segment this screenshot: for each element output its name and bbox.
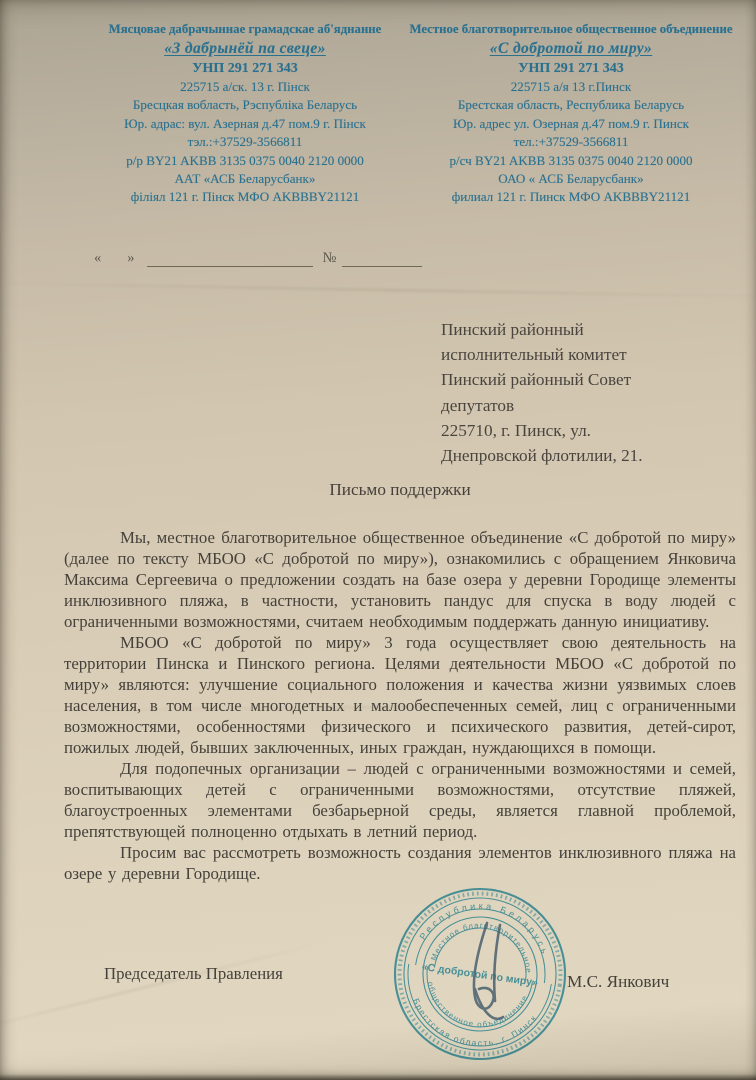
addressee-line: депутатов (441, 393, 731, 418)
addressee-line: Днепровской флотилии, 21. (441, 443, 731, 468)
org-address-right: 225715 а/я 13 г.Пинск Брестская область,… (396, 78, 746, 207)
address-line: Юр. адрас: вул. Азерная д.47 пом.9 г. Пі… (78, 115, 412, 133)
address-line: 225715 а/ск. 13 г. Пінск (78, 78, 412, 96)
address-line: ОАО « АСБ Беларусбанк» (396, 170, 746, 188)
addressee-line: исполнительный комитет (441, 342, 731, 367)
address-line: Бресцкая вобласть, Рэспубліка Беларусь (78, 96, 412, 114)
org-name-right: «С добротой по миру» (396, 38, 746, 59)
org-name-left: «З дабрынёй па свеце» (78, 38, 412, 59)
address-line: р/сч BY21 AKBB 3135 0375 0040 2120 0000 (396, 152, 746, 170)
address-line: р/р BY21 AKBB 3135 0375 0040 2120 0000 (78, 152, 412, 170)
paragraph: Для подопечных организации – людей с огр… (64, 758, 736, 842)
stamp-svg: Республика Беларусь Брестская область, г… (391, 885, 569, 1063)
address-line: Брестская область, Республика Беларусь (396, 96, 746, 114)
addressee-line: Пинский районный (441, 317, 731, 342)
address-line: 225715 а/я 13 г.Пинск (396, 78, 746, 96)
number-sign: № (323, 250, 337, 266)
letter-title: Письмо поддержки (64, 479, 736, 500)
letter-body: Письмо поддержки Мы, местное благотворит… (64, 479, 736, 884)
org-type-left: Мясцовае дабрачыннае грамадскае аб'яднан… (78, 21, 412, 38)
paragraph: МБОО «С добротой по миру» 3 года осущест… (64, 632, 736, 758)
date-number-line: «»№ (94, 250, 440, 267)
address-line: филиал 121 г. Пинск МФО AKBBBY21121 (396, 188, 746, 206)
number-blank-rule (342, 253, 422, 267)
close-quote: » (127, 250, 134, 266)
paragraph: Мы, местное благотворительное общественн… (64, 527, 736, 632)
org-unp-left: УНП 291 271 343 (78, 59, 412, 78)
paper-crease (0, 282, 756, 298)
address-line: тэл.:+37529-3566811 (78, 133, 412, 151)
paper-crease (0, 939, 334, 1043)
stamp-center-text: «С добротой по миру» (421, 961, 539, 989)
letterhead-left: Мясцовае дабрачыннае грамадскае аб'яднан… (78, 21, 412, 207)
addressee-line: Пинский районный Совет (441, 367, 731, 392)
org-address-left: 225715 а/ск. 13 г. Пінск Бресцкая воблас… (78, 78, 412, 207)
date-blank-rule (147, 253, 313, 267)
address-line: тел.:+37529-3566811 (396, 133, 746, 151)
address-line: філіял 121 г. Пінск МФО AKBBBY21121 (78, 188, 412, 206)
address-line: ААТ «АСБ Беларусбанк» (78, 170, 412, 188)
signer-name: М.С. Янкович (567, 972, 669, 992)
scanned-letter-photo: Мясцовае дабрачыннае грамадскае аб'яднан… (0, 0, 756, 1080)
paragraph: Просим вас рассмотреть возможность созда… (64, 842, 736, 884)
org-type-right: Местное благотворительное общественное о… (396, 21, 746, 38)
organization-stamp-seal: Республика Беларусь Брестская область, г… (391, 885, 569, 1063)
letterhead-right: Местное благотворительное общественное о… (396, 21, 746, 207)
org-unp-right: УНП 291 271 343 (396, 59, 746, 78)
addressee-line: 225710, г. Пинск, ул. (441, 418, 731, 443)
addressee-block: Пинский районный исполнительный комитет … (441, 317, 731, 468)
address-line: Юр. адрес ул. Озерная д.47 пом.9 г. Пинс… (396, 115, 746, 133)
signer-position: Председатель Правления (104, 964, 283, 984)
open-quote: « (94, 250, 101, 266)
